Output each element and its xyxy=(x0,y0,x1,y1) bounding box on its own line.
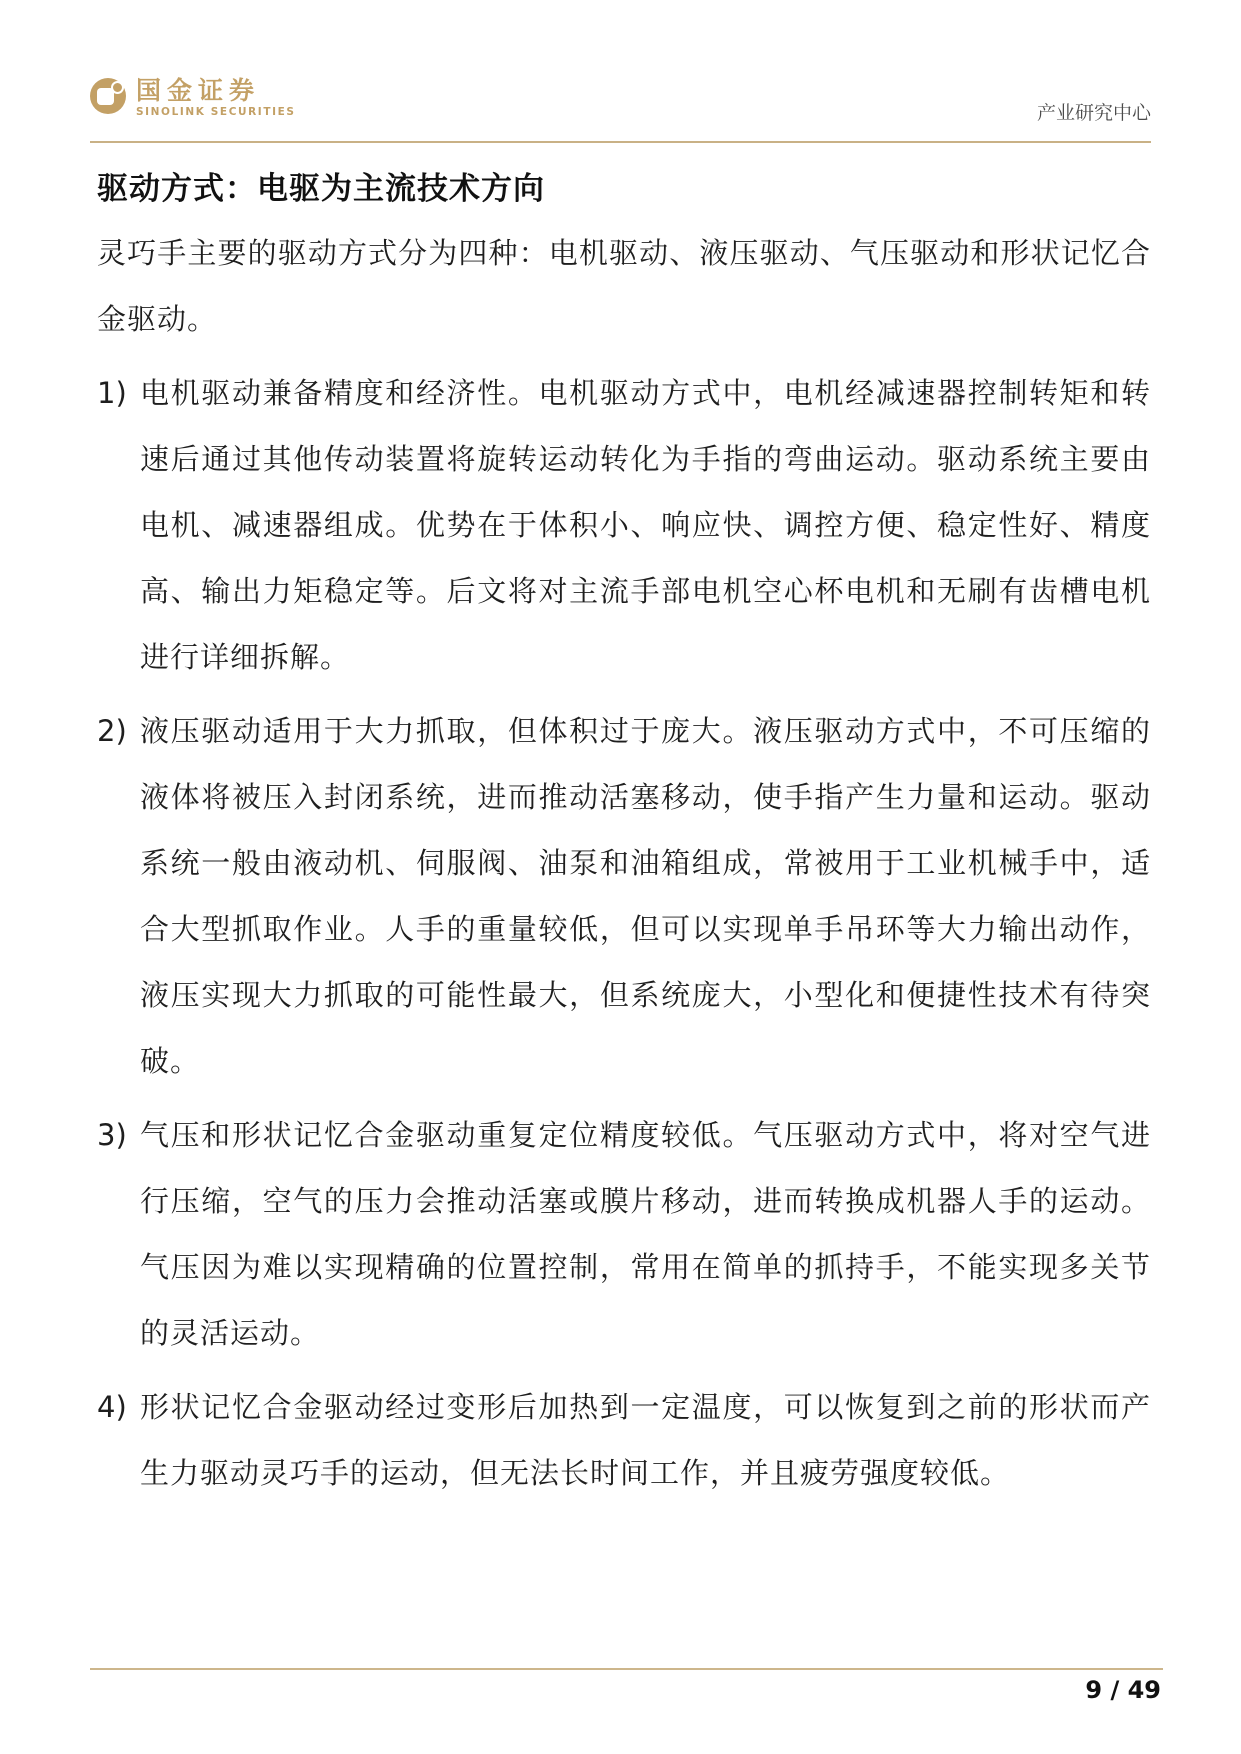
drive-method-list: 1) 电机驱动兼备精度和经济性。电机驱动方式中，电机经减速器控制转矩和转速后通过… xyxy=(97,360,1151,1506)
list-item: 4) 形状记忆合金驱动经过变形后加热到一定温度，可以恢复到之前的形状而产生力驱动… xyxy=(97,1374,1151,1506)
list-item-number: 3) xyxy=(97,1102,140,1366)
page-number: 9 / 49 xyxy=(1085,1676,1161,1704)
list-item-text: 气压和形状记忆合金驱动重复定位精度较低。气压驱动方式中，将对空气进行压缩，空气的… xyxy=(140,1102,1151,1366)
list-item-text: 形状记忆合金驱动经过变形后加热到一定温度，可以恢复到之前的形状而产生力驱动灵巧手… xyxy=(140,1374,1151,1506)
list-item: 1) 电机驱动兼备精度和经济性。电机驱动方式中，电机经减速器控制转矩和转速后通过… xyxy=(97,360,1151,690)
report-page: 国金证券 SINOLINK SECURITIES 产业研究中心 驱动方式：电驱为… xyxy=(0,0,1241,1754)
list-item-number: 1) xyxy=(97,360,140,690)
list-item-number: 4) xyxy=(97,1374,140,1506)
page-header: 国金证券 SINOLINK SECURITIES 产业研究中心 xyxy=(90,0,1151,143)
logo-name-en: SINOLINK SECURITIES xyxy=(136,107,296,118)
list-item: 2) 液压驱动适用于大力抓取，但体积过于庞大。液压驱动方式中，不可压缩的液体将被… xyxy=(97,698,1151,1094)
footer-divider xyxy=(90,1668,1163,1670)
logo-text-block: 国金证券 SINOLINK SECURITIES xyxy=(136,78,296,118)
logo-dot-shape xyxy=(111,81,124,94)
intro-paragraph: 灵巧手主要的驱动方式分为四种：电机驱动、液压驱动、气压驱动和形状记忆合金驱动。 xyxy=(97,220,1151,352)
sinolink-logo-icon xyxy=(90,78,126,114)
list-item-number: 2) xyxy=(97,698,140,1094)
list-item-text: 液压驱动适用于大力抓取，但体积过于庞大。液压驱动方式中，不可压缩的液体将被压入封… xyxy=(140,698,1151,1094)
list-item: 3) 气压和形状记忆合金驱动重复定位精度较低。气压驱动方式中，将对空气进行压缩，… xyxy=(97,1102,1151,1366)
document-body: 驱动方式：电驱为主流技术方向 灵巧手主要的驱动方式分为四种：电机驱动、液压驱动、… xyxy=(97,143,1151,1506)
section-title: 驱动方式：电驱为主流技术方向 xyxy=(97,163,1151,208)
sinolink-logo: 国金证券 SINOLINK SECURITIES xyxy=(90,78,296,118)
logo-name-cn: 国金证券 xyxy=(136,78,296,104)
header-department-label: 产业研究中心 xyxy=(1037,98,1151,125)
list-item-text: 电机驱动兼备精度和经济性。电机驱动方式中，电机经减速器控制转矩和转速后通过其他传… xyxy=(140,360,1151,690)
